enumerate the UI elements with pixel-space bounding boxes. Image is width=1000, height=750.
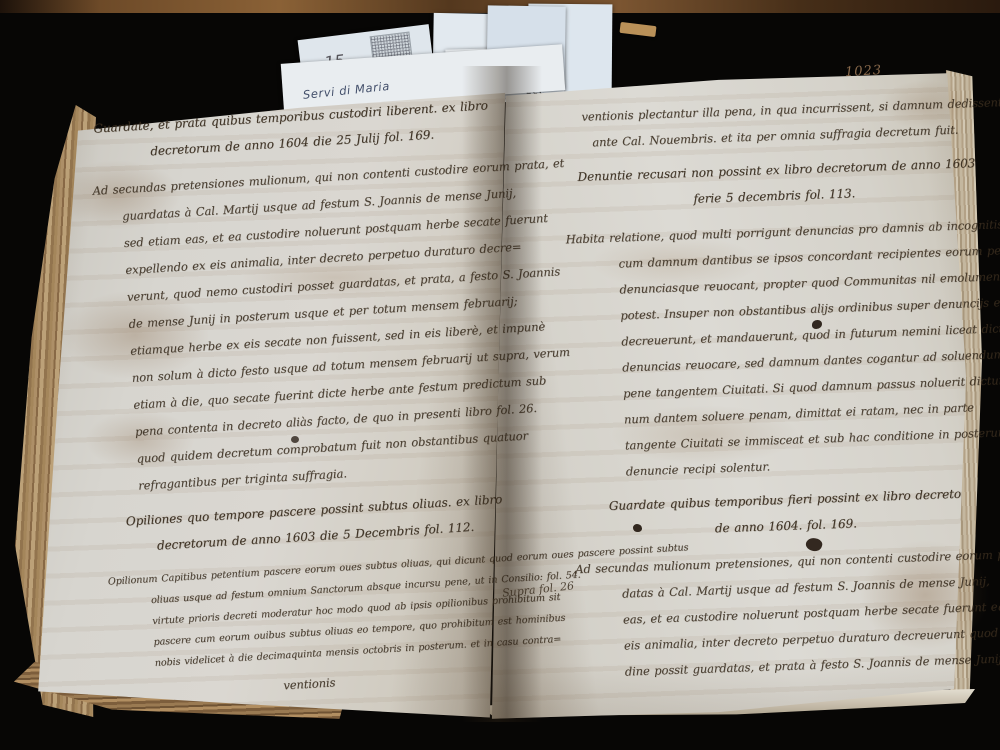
manuscript-block: Denuntie recusari non possint ex libro d… [577, 150, 971, 216]
right-page-text: ventionis plectantur illa pena, in qua i… [575, 90, 987, 693]
manuscript-block: Habita relatione, quod multi porrigunt d… [579, 212, 980, 486]
manuscript-block: Guardate, et prata quibus temporibus cus… [88, 92, 494, 168]
folio-number: 1023 [845, 63, 883, 80]
wood-chip [619, 22, 656, 37]
manuscript-block: Ad secundas mulionum pretensiones, qui n… [591, 542, 987, 686]
left-page-text: Guardate, et prata quibus temporibus cus… [88, 88, 527, 714]
manuscript-block: Opilionum Capitibus petentium pascere eo… [115, 547, 525, 676]
manuscript-block: Ad secundas pretensiones mulionum, qui n… [92, 154, 515, 501]
manuscript-photo: 237 15 Servi di Maria Guardate, et prata… [0, 0, 1000, 750]
manuscript-block: Guardate quibus temporibus fieri possint… [589, 480, 983, 546]
